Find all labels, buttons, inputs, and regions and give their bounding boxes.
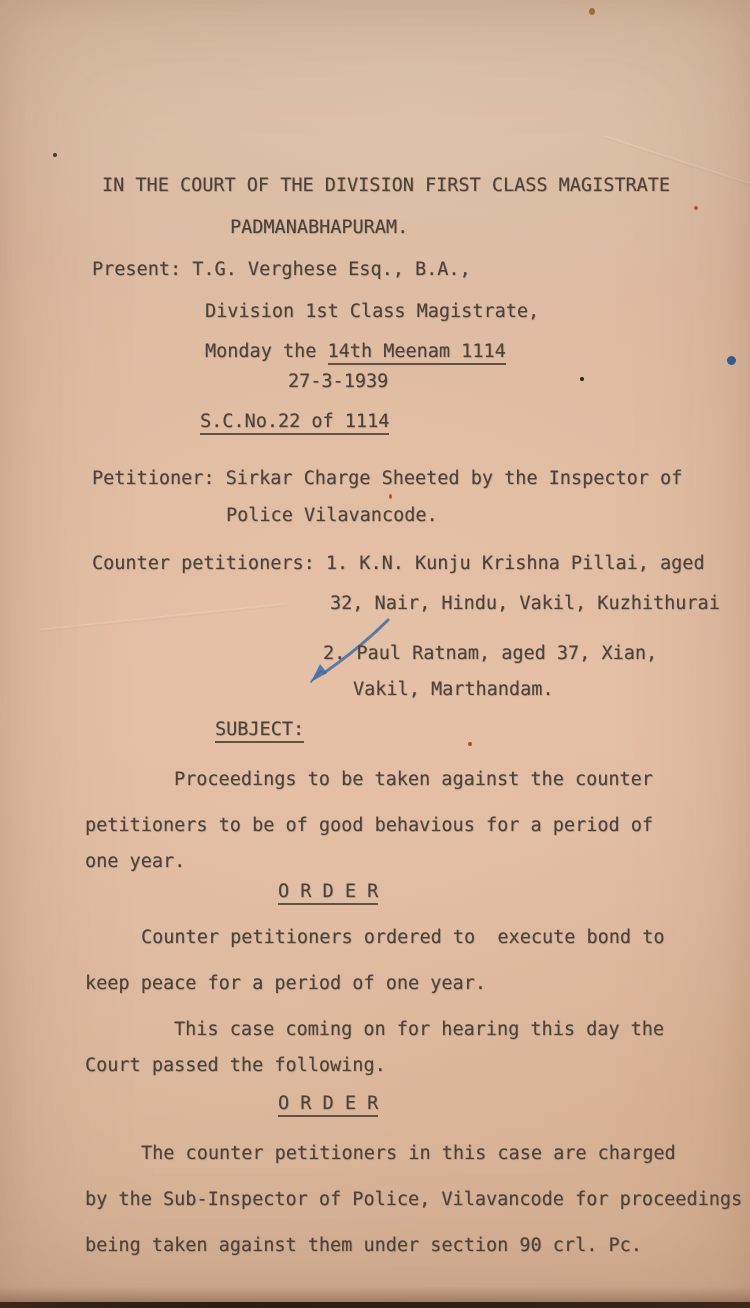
text: Present: T.G. Verghese Esq., B.A., — [92, 259, 471, 280]
doc-line-counter-petitioner-2a: 2. Paul Ratnam, aged 37, Xian, — [323, 642, 657, 666]
underlined-text: SUBJECT: — [215, 719, 304, 743]
text: 2. Paul Ratnam, aged 37, Xian, — [323, 643, 657, 664]
doc-line-order-heading-2: O R D E R — [278, 1092, 378, 1116]
doc-line-counter-petitioner-1b: 32, Nair, Hindu, Vakil, Kuzhithurai — [330, 592, 720, 616]
doc-line-order-body-3: This case coming on for hearing this day… — [174, 1018, 664, 1042]
blue-ink-dot — [727, 356, 736, 365]
doc-line-subject-body-2: petitioners to be of good behavious for … — [85, 814, 653, 838]
doc-line-subject-heading: SUBJECT: — [215, 718, 304, 742]
text: 27-3-1939 — [288, 371, 388, 392]
underlined-text: S.C.No.22 of 1114 — [200, 411, 389, 435]
red-speck-mid — [389, 494, 392, 499]
text: by the Sub-Inspector of Police, Vilavanc… — [85, 1189, 742, 1210]
scan-bottom-edge — [0, 1302, 750, 1308]
doc-line-court-title: IN THE COURT OF THE DIVISION FIRST CLASS… — [102, 174, 670, 198]
doc-line-petitioner-line-2: Police Vilavancode. — [226, 504, 438, 528]
doc-line-order-body-2: keep peace for a period of one year. — [85, 972, 486, 996]
underlined-text: O R D E R — [278, 1093, 378, 1117]
doc-line-charge-body-1: The counter petitioners in this case are… — [141, 1142, 676, 1166]
doc-line-counter-petitioner-1a: Counter petitioners: 1. K.N. Kunju Krish… — [92, 552, 705, 576]
scanned-document-page: IN THE COURT OF THE DIVISION FIRST CLASS… — [0, 0, 750, 1308]
text: Court passed the following. — [85, 1055, 386, 1076]
doc-line-date-malayalam: Monday the 14th Meenam 1114 — [205, 340, 506, 364]
text: Petitioner: Sirkar Charge Sheeted by the… — [92, 468, 682, 489]
brown-speck-top — [589, 8, 595, 15]
red-speck-right — [694, 206, 698, 210]
text: 32, Nair, Hindu, Vakil, Kuzhithurai — [330, 593, 720, 614]
text: Vakil, Marthandam. — [353, 679, 553, 700]
scan-bottom-shadow — [0, 1287, 750, 1303]
text: petitioners to be of good behavious for … — [85, 815, 653, 836]
doc-line-charge-body-3: being taken against them under section 9… — [85, 1234, 642, 1258]
doc-line-court-location: PADMANABHAPURAM. — [230, 216, 408, 240]
text: Police Vilavancode. — [226, 505, 438, 526]
text: one year. — [85, 851, 185, 872]
doc-line-order-body-4: Court passed the following. — [85, 1054, 386, 1078]
text: Counter petitioners ordered to execute b… — [141, 927, 664, 948]
text: The counter petitioners in this case are… — [141, 1143, 676, 1164]
fold-crease — [39, 603, 288, 632]
doc-line-charge-body-2: by the Sub-Inspector of Police, Vilavanc… — [85, 1188, 742, 1212]
underlined-text: 14th Meenam 1114 — [328, 341, 506, 365]
doc-line-order-heading-1: O R D E R — [278, 880, 378, 904]
text: This case coming on for hearing this day… — [174, 1019, 664, 1040]
doc-line-subject-body-3: one year. — [85, 850, 185, 874]
text: Division 1st Class Magistrate, — [205, 301, 539, 322]
doc-line-magistrate: Division 1st Class Magistrate, — [205, 300, 539, 324]
text: IN THE COURT OF THE DIVISION FIRST CLASS… — [102, 175, 670, 196]
dark-speck-left — [53, 153, 57, 157]
doc-line-case-number: S.C.No.22 of 1114 — [200, 410, 389, 434]
text: being taken against them under section 9… — [85, 1235, 642, 1256]
text: Proceedings to be taken against the coun… — [174, 769, 653, 790]
doc-line-present: Present: T.G. Verghese Esq., B.A., — [92, 258, 471, 282]
doc-line-date-gregorian: 27-3-1939 — [288, 370, 388, 394]
doc-line-counter-petitioner-2b: Vakil, Marthandam. — [353, 678, 553, 702]
red-speck-subject — [468, 742, 472, 746]
black-speck — [580, 377, 584, 381]
doc-line-subject-body-1: Proceedings to be taken against the coun… — [174, 768, 653, 792]
text: keep peace for a period of one year. — [85, 973, 486, 994]
doc-line-petitioner-line-1: Petitioner: Sirkar Charge Sheeted by the… — [92, 467, 682, 491]
text: Monday the — [205, 341, 328, 362]
text: PADMANABHAPURAM. — [230, 217, 408, 238]
underlined-text: O R D E R — [278, 881, 378, 905]
text: Counter petitioners: 1. K.N. Kunju Krish… — [92, 553, 705, 574]
doc-line-order-body-1: Counter petitioners ordered to execute b… — [141, 926, 664, 950]
